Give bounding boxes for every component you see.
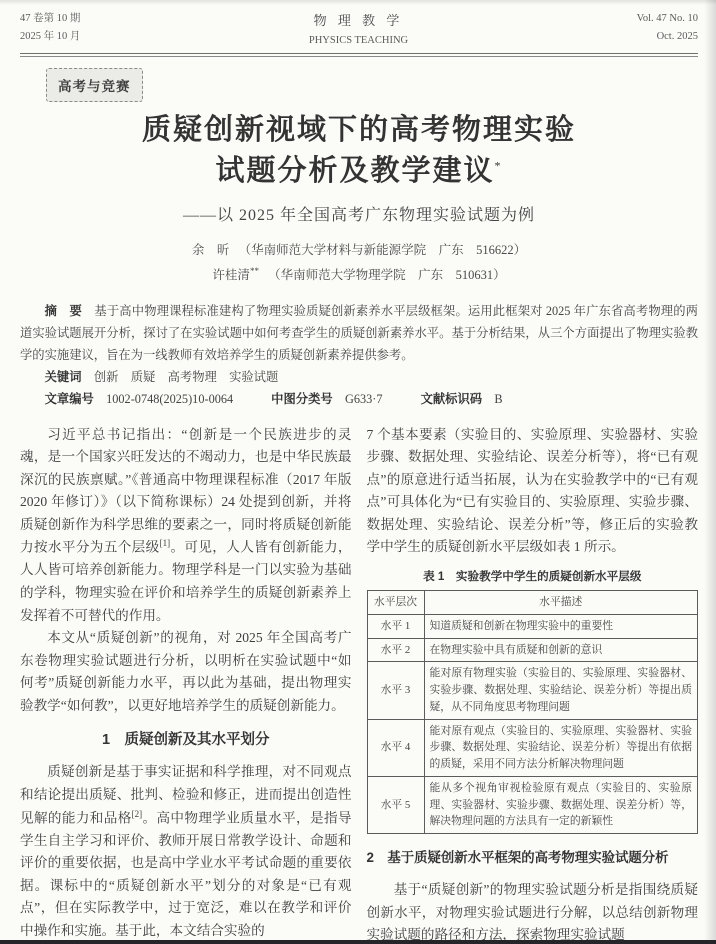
clc-label: 中图分类号: [271, 392, 333, 406]
journal-title-cn: 物 理 教 学: [309, 10, 408, 32]
article-number: 文章编号 1002-0748(2025)10-0064: [45, 392, 234, 406]
doc-code: 文献标识码 B: [421, 392, 503, 406]
vol-date: Oct. 2025: [637, 28, 698, 46]
section-1-heading: 1 质疑创新及其水平划分: [20, 728, 352, 752]
row2-level: 水平 2: [367, 638, 424, 662]
journal-title-en: PHYSICS TEACHING: [309, 32, 408, 50]
journal-page: 47 卷第 10 期 2025 年 10 月 物 理 教 学 PHYSICS T…: [0, 0, 716, 944]
table-header-row: 水平层次 水平描述: [367, 591, 698, 615]
article-number-value: 1002-0748(2025)10-0064: [106, 392, 233, 406]
header-divider: [20, 53, 698, 57]
paragraph-2: 本文从“质疑创新”的视角，对 2025 年全国高考广东卷物理实验试题进行分析，以…: [20, 627, 352, 717]
clc-number: 中图分类号 G633·7: [271, 392, 382, 406]
paragraph-3-text-b: 。高中物理学业质量水平，是指导学生自主学习和评价、教师开展日常教学设计、命题和评…: [20, 810, 352, 938]
table-header-desc: 水平描述: [424, 591, 698, 615]
paragraph-1: 习近平总书记指出：“创新是一个民族进步的灵魂，是一个国家兴旺发达的不竭动力，也是…: [20, 424, 352, 628]
journal-header: 47 卷第 10 期 2025 年 10 月 物 理 教 学 PHYSICS T…: [20, 10, 698, 50]
article-title: 质疑创新视域下的高考物理实验 试题分析及教学建议*: [20, 110, 698, 192]
doc-code-label: 文献标识码: [421, 392, 483, 406]
author-line-1: 余 昕 （华南师范大学材料与新能源学院 广东 516622）: [20, 238, 698, 262]
abstract-paragraph: 摘 要 基于高中物理课程标准建构了物理实验质疑创新素养水平层级框架。运用此框架对…: [20, 301, 698, 367]
row5-level: 水平 5: [367, 776, 424, 833]
article-number-label: 文章编号: [45, 392, 94, 406]
journal-title: 物 理 教 学 PHYSICS TEACHING: [309, 10, 408, 50]
table-1-caption: 表 1 实验教学中学生的质疑创新水平层级: [367, 567, 699, 586]
author2-name-text: 许桂清: [212, 268, 250, 282]
abstract-block: 摘 要 基于高中物理课程标准建构了物理实验质疑创新素养水平层级框架。运用此框架对…: [20, 301, 698, 410]
scan-edge-bottom: [0, 940, 716, 944]
table-row: 水平 1 知道质疑和创新在物理实验中的重要性: [367, 614, 698, 638]
paragraph-3: 质疑创新是基于事实证据和科学推理，对不同观点和结论提出质疑、批判、检验和修正，进…: [20, 761, 352, 942]
row4-level: 水平 4: [367, 719, 424, 776]
author2-footnote-mark: **: [250, 266, 259, 276]
row2-desc: 在物理实验中具有质疑和创新的意识: [424, 638, 698, 662]
article-subtitle: ——以 2025 年全国高考广东物理实验试题为例: [20, 202, 698, 225]
body-columns: 习近平总书记指出：“创新是一个民族进步的灵魂，是一个国家兴旺发达的不竭动力，也是…: [20, 424, 698, 944]
row5-desc: 能从多个视角审视检验原有观点（实验目的、实验原理、实验器材、实验步骤、数据处理、…: [424, 776, 698, 833]
row1-level: 水平 1: [367, 614, 424, 638]
table-row: 水平 3 能对原有物理实验（实验目的、实验原理、实验器材、实验步骤、数据处理、实…: [367, 662, 698, 719]
table-row: 水平 4 能对原有观点（实验目的、实验原理、实验器材、实验步骤、数据处理、实验结…: [367, 719, 698, 776]
article-title-line1: 质疑创新视域下的高考物理实验: [20, 110, 698, 151]
keywords-text: 创新 质疑 高考物理 实验试题: [94, 370, 278, 384]
issue-volume: 47 卷第 10 期: [20, 10, 80, 28]
row3-level: 水平 3: [367, 662, 424, 719]
paragraph-4: 7 个基本要素（实验目的、实验原理、实验器材、实验步骤、数据处理、实验结论、误差…: [367, 424, 699, 559]
journal-issue: 47 卷第 10 期 2025 年 10 月: [20, 10, 80, 46]
table-row: 水平 2 在物理实验中具有质疑和创新的意识: [367, 638, 698, 662]
article-title-line2: 试题分析及教学建议*: [20, 151, 698, 192]
left-column: 习近平总书记指出：“创新是一个民族进步的灵魂，是一个国家兴旺发达的不竭动力，也是…: [20, 424, 352, 944]
right-column: 7 个基本要素（实验目的、实验原理、实验器材、实验步骤、数据处理、实验结论、误差…: [367, 424, 699, 944]
reference-mark-2: [2]: [132, 809, 143, 819]
abstract-text: 基于高中物理课程标准建构了物理实验质疑创新素养水平层级框架。运用此框架对 202…: [20, 304, 698, 362]
author2-name: 许桂清**: [212, 268, 259, 282]
journal-vol: Vol. 47 No. 10 Oct. 2025: [637, 10, 698, 46]
table-header-level: 水平层次: [367, 591, 424, 615]
author-line-2: 许桂清** （华南师范大学物理学院 广东 510631）: [20, 263, 698, 288]
table-row: 水平 5 能从多个视角审视检验原有观点（实验目的、实验原理、实验器材、实验步骤、…: [367, 776, 698, 833]
keywords-label: 关键词: [45, 370, 82, 384]
clc-value: G633·7: [345, 392, 383, 406]
title-footnote-mark: *: [495, 158, 503, 172]
section-2-heading: 2 基于质疑创新水平框架的高考物理实验试题分析: [367, 847, 699, 869]
abstract-label: 摘 要: [45, 304, 82, 318]
level-table: 水平层次 水平描述 水平 1 知道质疑和创新在物理实验中的重要性 水平 2 在物…: [367, 590, 699, 834]
scan-edge-right: [704, 0, 716, 944]
doc-code-value: B: [494, 392, 502, 406]
issue-date: 2025 年 10 月: [20, 28, 80, 46]
keywords-line: 关键词 创新 质疑 高考物理 实验试题: [20, 367, 698, 389]
author1-affiliation: （华南师范大学材料与新能源学院 广东 516622）: [239, 243, 527, 257]
article-meta-line: 文章编号 1002-0748(2025)10-0064中图分类号 G633·7文…: [20, 389, 698, 411]
paragraph-5: 基于“质疑创新”的物理实验试题分析是指围绕质疑创新水平，对物理实验试题进行分解，…: [367, 879, 699, 944]
vol-number: Vol. 47 No. 10: [637, 10, 698, 28]
row3-desc: 能对原有物理实验（实验目的、实验原理、实验器材、实验步骤、数据处理、实验结论、误…: [424, 662, 698, 719]
row1-desc: 知道质疑和创新在物理实验中的重要性: [424, 614, 698, 638]
article-title-line2-text: 试题分析及教学建议: [215, 155, 494, 187]
reference-mark-1: [1]: [160, 538, 171, 548]
column-badge: 高考与竞赛: [46, 68, 143, 102]
paragraph-1-text-a: 习近平总书记指出：“创新是一个民族进步的灵魂，是一个国家兴旺发达的不竭动力，也是…: [20, 427, 352, 555]
author2-affiliation: （华南师范大学物理学院 广东 510631）: [268, 268, 506, 282]
author1-name: 余 昕: [192, 243, 230, 257]
scan-edge-top: [0, 0, 716, 5]
row4-desc: 能对原有观点（实验目的、实验原理、实验器材、实验步骤、数据处理、实验结论、误差分…: [424, 719, 698, 776]
author-block: 余 昕 （华南师范大学材料与新能源学院 广东 516622） 许桂清** （华南…: [20, 238, 698, 287]
